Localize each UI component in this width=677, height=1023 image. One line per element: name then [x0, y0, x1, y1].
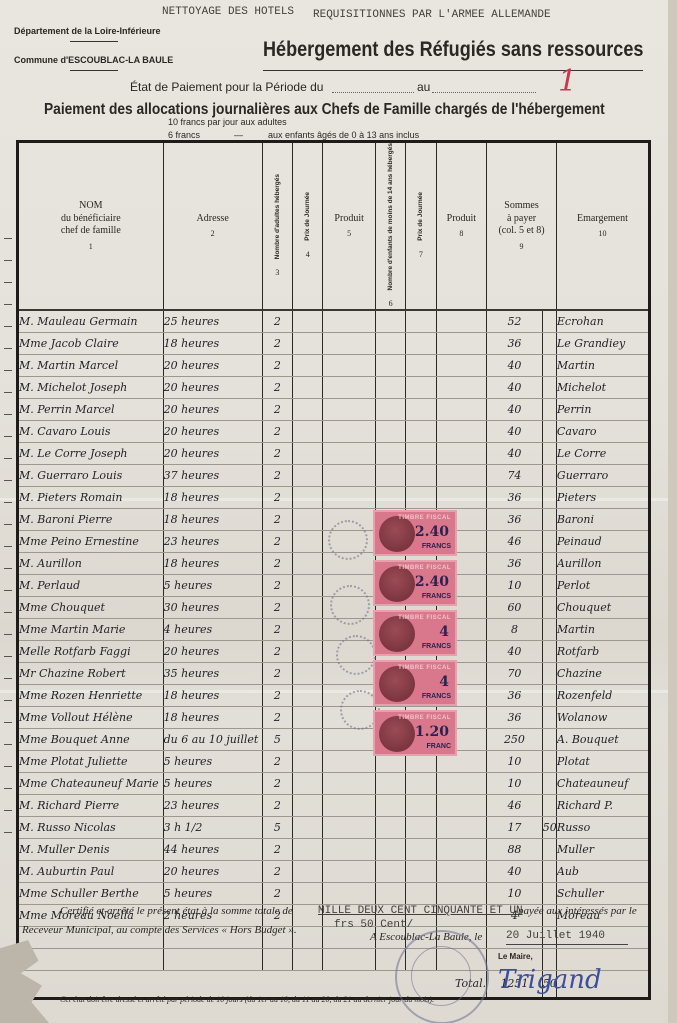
stamp-header: TIMBRE FISCAL	[398, 565, 451, 571]
beneficiary-name: Mme Plotat Juliette	[18, 750, 164, 772]
col-header-signature: Emargement10	[556, 142, 649, 310]
table-row: Mme Vollout Hélène18 heures236Wolanow	[18, 706, 650, 728]
day-price-adults	[293, 508, 323, 530]
table-row: M. Russo Nicolas3 h 1/251750Russo	[18, 816, 650, 838]
product-adults	[323, 838, 376, 860]
children-count	[375, 794, 405, 816]
beneficiary-name: M. Russo Nicolas	[18, 816, 164, 838]
margin-dash	[4, 260, 12, 261]
product-adults	[323, 486, 376, 508]
day-price-adults	[293, 728, 323, 750]
address: 44 heures	[163, 838, 262, 860]
adults-count: 2	[262, 684, 292, 706]
marianne-medallion-icon	[379, 666, 415, 702]
address: 23 heures	[163, 530, 262, 552]
product-children	[436, 882, 487, 904]
sum-to-pay: 60	[487, 596, 543, 618]
day-price-children	[406, 376, 436, 398]
address: 20 heures	[163, 640, 262, 662]
beneficiary-name: M. Perlaud	[18, 574, 164, 596]
stamp-header: TIMBRE FISCAL	[398, 665, 451, 671]
period-from-field	[332, 92, 414, 93]
sum-cents	[542, 552, 556, 574]
adults-count: 2	[262, 486, 292, 508]
day-price-adults	[293, 816, 323, 838]
stamp-value: 4	[439, 674, 449, 690]
period-label: État de Paiement pour la Période du	[130, 80, 323, 94]
margin-dash	[4, 282, 12, 283]
amount-cents: frs 50 Cent/	[334, 919, 413, 931]
margin-dash	[4, 436, 12, 437]
product-children	[436, 442, 487, 464]
day-price-adults	[293, 948, 323, 970]
day-price-children	[406, 882, 436, 904]
day-price-adults	[293, 772, 323, 794]
margin-dash	[4, 370, 12, 371]
address: 20 heures	[163, 420, 262, 442]
day-price-children	[406, 860, 436, 882]
children-count	[375, 442, 405, 464]
beneficiary-name: M. Richard Pierre	[18, 794, 164, 816]
sum-to-pay: 250	[487, 728, 543, 750]
sum-to-pay: 40	[487, 442, 543, 464]
product-children	[436, 376, 487, 398]
children-count	[375, 882, 405, 904]
margin-dash	[4, 788, 12, 789]
sum-cents	[542, 442, 556, 464]
receveur-text: Receveur Municipal, au compte des Servic…	[22, 924, 297, 936]
product-children	[436, 486, 487, 508]
col-header-day-price-adults: Prix de Journée4	[293, 142, 323, 310]
product-children	[436, 354, 487, 376]
sum-to-pay: 40	[487, 398, 543, 420]
signature: A. Bouquet	[556, 728, 649, 750]
table-row: Melle Rotfarb Faggi20 heures240Rotfarb	[18, 640, 650, 662]
sum-to-pay: 10	[487, 574, 543, 596]
children-count	[375, 860, 405, 882]
margin-dash	[4, 502, 12, 503]
stamp-header: TIMBRE FISCAL	[398, 615, 451, 621]
fiscal-stamp: TIMBRE FISCAL4FRANCS	[373, 610, 457, 656]
sum-to-pay: 88	[487, 838, 543, 860]
mayor-signature: Trigand	[498, 965, 602, 995]
sum-to-pay: 36	[487, 486, 543, 508]
signature: Chazine	[556, 662, 649, 684]
table-row: Mr Chazine Robert35 heures270Chazine	[18, 662, 650, 684]
children-count	[375, 310, 405, 333]
address: 18 heures	[163, 706, 262, 728]
cancellation-mark	[336, 635, 376, 675]
sum-cents	[542, 618, 556, 640]
table-body: M. Mauleau Germain25 heures252EcrohanMme…	[18, 310, 650, 971]
product-adults	[323, 464, 376, 486]
margin-dash	[4, 568, 12, 569]
day-price-children	[406, 486, 436, 508]
beneficiary-name: Mme Chouquet	[18, 596, 164, 618]
adults-count: 2	[262, 398, 292, 420]
signature: Chateauneuf	[556, 772, 649, 794]
children-count	[375, 464, 405, 486]
table-row: M. Mauleau Germain25 heures252Ecrohan	[18, 310, 650, 333]
adults-count: 2	[262, 838, 292, 860]
fiscal-stamp: TIMBRE FISCAL2.40FRANCS	[373, 510, 457, 556]
day-price-adults	[293, 640, 323, 662]
day-price-children	[406, 398, 436, 420]
sum-cents	[542, 332, 556, 354]
col-header-product-adults: Produit5	[323, 142, 376, 310]
beneficiary-name: M. Auburtin Paul	[18, 860, 164, 882]
signature: Peinaud	[556, 530, 649, 552]
day-price-children	[406, 332, 436, 354]
marianne-medallion-icon	[379, 616, 415, 652]
product-adults	[323, 750, 376, 772]
day-price-adults	[293, 860, 323, 882]
sum-cents	[542, 530, 556, 552]
table-row: Mme Plotat Juliette5 heures210Plotat	[18, 750, 650, 772]
address	[163, 948, 262, 970]
signature: Guerraro	[556, 464, 649, 486]
table-row: Mme Bouquet Annedu 6 au 10 juillet5250A.…	[18, 728, 650, 750]
margin-dash	[4, 590, 12, 591]
beneficiary-name: M. Martin Marcel	[18, 354, 164, 376]
subtitle: Paiement des allocations journalières au…	[44, 101, 605, 119]
beneficiary-name: Mme Peino Ernestine	[18, 530, 164, 552]
day-price-children	[406, 354, 436, 376]
sum-to-pay: 36	[487, 508, 543, 530]
signature: Muller	[556, 838, 649, 860]
table-row: Mme Martin Marie4 heures28Martin	[18, 618, 650, 640]
address: 25 heures	[163, 310, 262, 333]
signature: Pieters	[556, 486, 649, 508]
stamp-header: TIMBRE FISCAL	[398, 515, 451, 521]
sum-cents	[542, 838, 556, 860]
adults-count: 2	[262, 552, 292, 574]
sum-to-pay: 46	[487, 530, 543, 552]
col-header-adults: Nombre d'adultes hébergés3	[262, 142, 292, 310]
adults-count: 2	[262, 464, 292, 486]
children-count	[375, 486, 405, 508]
table-row: Mme Chateauneuf Marie5 heures210Chateaun…	[18, 772, 650, 794]
rate-children-text: aux enfants âgés de 0 à 13 ans inclus	[268, 130, 419, 140]
sum-to-pay: 10	[487, 750, 543, 772]
signature: Martin	[556, 354, 649, 376]
signature: Michelot	[556, 376, 649, 398]
stamp-currency: FRANC	[427, 743, 452, 750]
col-header-children: Nombre d'enfants de moins de 14 ans hébe…	[375, 142, 405, 310]
fiscal-stamp: TIMBRE FISCAL2.40FRANCS	[373, 560, 457, 606]
sum-cents	[542, 706, 556, 728]
signature: Plotat	[556, 750, 649, 772]
amount-words: MILLE DEUX CENT CINQUANTE ET UN	[318, 905, 523, 917]
table-row: M. Martin Marcel20 heures240Martin	[18, 354, 650, 376]
day-price-children	[406, 464, 436, 486]
sum-cents	[542, 794, 556, 816]
marianne-medallion-icon	[379, 566, 415, 602]
sum-to-pay: 36	[487, 684, 543, 706]
beneficiary-name: M. Aurillon	[18, 552, 164, 574]
beneficiary-name: Mr Chazine Robert	[18, 662, 164, 684]
sum-to-pay: 8	[487, 618, 543, 640]
sum-to-pay: 36	[487, 706, 543, 728]
page-title: Hébergement des Réfugiés sans ressources	[263, 38, 643, 62]
product-adults	[323, 376, 376, 398]
day-price-adults	[293, 684, 323, 706]
signature: Wolanow	[556, 706, 649, 728]
address: 20 heures	[163, 860, 262, 882]
product-adults	[323, 398, 376, 420]
margin-dash	[4, 678, 12, 679]
address: 23 heures	[163, 794, 262, 816]
address: 3 h 1/2	[163, 816, 262, 838]
address: 18 heures	[163, 508, 262, 530]
sum-cents	[542, 772, 556, 794]
stamp-value: 2.40	[415, 574, 449, 590]
product-adults	[323, 332, 376, 354]
sum-cents	[542, 508, 556, 530]
sum-to-pay: 40	[487, 640, 543, 662]
beneficiary-name	[18, 948, 164, 970]
day-price-children	[406, 772, 436, 794]
table-row: M. Michelot Joseph20 heures240Michelot	[18, 376, 650, 398]
sum-to-pay: 74	[487, 464, 543, 486]
adults-count: 2	[262, 860, 292, 882]
adults-count: 2	[262, 508, 292, 530]
day-price-adults	[293, 882, 323, 904]
day-price-adults	[293, 464, 323, 486]
adults-count: 2	[262, 376, 292, 398]
margin-dash	[4, 480, 12, 481]
sum-cents	[542, 860, 556, 882]
sum-cents	[542, 662, 556, 684]
sum-to-pay: 40	[487, 376, 543, 398]
adults-count: 2	[262, 640, 292, 662]
adults-count: 2	[262, 794, 292, 816]
day-price-adults	[293, 420, 323, 442]
beneficiary-name: Mme Martin Marie	[18, 618, 164, 640]
sum-cents	[542, 596, 556, 618]
margin-dash	[4, 392, 12, 393]
period-to-label: au	[417, 80, 430, 94]
product-adults	[323, 816, 376, 838]
day-price-adults	[293, 574, 323, 596]
stamp-value: 1.20	[415, 724, 449, 740]
children-count	[375, 772, 405, 794]
sum-to-pay: 36	[487, 552, 543, 574]
sum-to-pay: 40	[487, 860, 543, 882]
beneficiary-name: Mme Schuller Berthe	[18, 882, 164, 904]
product-adults	[323, 420, 376, 442]
beneficiary-name: Mme Chateauneuf Marie	[18, 772, 164, 794]
sum-cents	[542, 376, 556, 398]
children-count	[375, 420, 405, 442]
address: 20 heures	[163, 398, 262, 420]
signature: Rozenfeld	[556, 684, 649, 706]
day-price-children	[406, 310, 436, 333]
department-label: Département de la Loire-Inférieure	[14, 26, 161, 36]
adults-count: 2	[262, 310, 292, 333]
commune-label: Commune d'ESCOUBLAC-LA BAULE	[14, 55, 173, 65]
signature: Aub	[556, 860, 649, 882]
col-header-day-price-children: Prix de Journée7	[406, 142, 436, 310]
table-row: M. Perrin Marcel20 heures240Perrin	[18, 398, 650, 420]
typed-note-left: NETTOYAGE DES HOTELS	[162, 6, 294, 18]
stamp-value: 4	[439, 624, 449, 640]
table-row: Mme Schuller Berthe5 heures210Schuller	[18, 882, 650, 904]
stamp-currency: FRANCS	[422, 693, 451, 700]
margin-dash	[4, 612, 12, 613]
signature: Richard P.	[556, 794, 649, 816]
marianne-medallion-icon	[379, 716, 415, 752]
certify-text: Certifié et arrêté le présent état à la …	[60, 905, 293, 917]
day-price-adults	[293, 376, 323, 398]
signature: Le Grandiey	[556, 332, 649, 354]
day-price-children	[406, 838, 436, 860]
day-price-adults	[293, 794, 323, 816]
day-price-adults	[293, 530, 323, 552]
period-to-field	[432, 92, 536, 93]
typed-note-right: REQUISITIONNES PAR L'ARMEE ALLEMANDE	[313, 9, 551, 21]
signature: Schuller	[556, 882, 649, 904]
adults-count: 2	[262, 442, 292, 464]
margin-dash	[4, 700, 12, 701]
stamp-currency: FRANCS	[422, 543, 451, 550]
margin-dash	[4, 810, 12, 811]
signature: Russo	[556, 816, 649, 838]
day-price-adults	[293, 662, 323, 684]
rate-children-amount: 6 francs	[168, 130, 200, 140]
address: 5 heures	[163, 750, 262, 772]
adults-count: 2	[262, 596, 292, 618]
product-adults	[323, 442, 376, 464]
day-price-adults	[293, 442, 323, 464]
adults-count: 2	[262, 530, 292, 552]
margin-dash	[4, 326, 12, 327]
adults-count: 2	[262, 574, 292, 596]
sum-cents	[542, 728, 556, 750]
rate-children-dash: —	[234, 130, 243, 140]
sum-cents	[542, 684, 556, 706]
adults-count: 2	[262, 772, 292, 794]
children-count	[375, 332, 405, 354]
day-price-adults	[293, 486, 323, 508]
margin-dash	[4, 414, 12, 415]
signature: Rotfarb	[556, 640, 649, 662]
address: 5 heures	[163, 882, 262, 904]
mairie-seal	[395, 930, 489, 1023]
product-children	[436, 838, 487, 860]
day-price-adults	[293, 750, 323, 772]
stamp-value: 2.40	[415, 524, 449, 540]
sum-cents	[542, 398, 556, 420]
address: 20 heures	[163, 354, 262, 376]
address: 35 heures	[163, 662, 262, 684]
table-row: M. Le Corre Joseph20 heures240Le Corre	[18, 442, 650, 464]
product-adults	[323, 948, 376, 970]
adults-count: 5	[262, 728, 292, 750]
signature: Perlot	[556, 574, 649, 596]
children-count	[375, 398, 405, 420]
adults-count: 2	[262, 750, 292, 772]
sum-cents	[542, 640, 556, 662]
margin-dash	[4, 238, 12, 239]
address: 20 heures	[163, 376, 262, 398]
beneficiary-name: Mme Rozen Henriette	[18, 684, 164, 706]
address: 5 heures	[163, 574, 262, 596]
day-price-children	[406, 816, 436, 838]
day-price-adults	[293, 332, 323, 354]
fiscal-stamp: TIMBRE FISCAL4FRANCS	[373, 660, 457, 706]
margin-dash	[4, 546, 12, 547]
sum-cents	[542, 486, 556, 508]
table-row: M. Aurillon18 heures236Aurillon	[18, 552, 650, 574]
paid-text: payée aux intéressés par le	[518, 905, 637, 917]
margin-dash	[4, 524, 12, 525]
sum-to-pay: 40	[487, 354, 543, 376]
signature: Aurillon	[556, 552, 649, 574]
product-children	[436, 464, 487, 486]
signature: Martin	[556, 618, 649, 640]
sum-cents	[542, 574, 556, 596]
cancellation-mark	[330, 585, 370, 625]
rate-adults: 10 francs par jour aux adultes	[168, 117, 287, 127]
beneficiary-name: Mme Vollout Hélène	[18, 706, 164, 728]
sum-to-pay: 52	[487, 310, 543, 333]
cancellation-mark	[328, 520, 368, 560]
day-price-children	[406, 794, 436, 816]
address: 18 heures	[163, 486, 262, 508]
sum-to-pay: 46	[487, 794, 543, 816]
margin-dash	[4, 656, 12, 657]
day-price-adults	[293, 596, 323, 618]
address: 20 heures	[163, 442, 262, 464]
margin-dash	[4, 832, 12, 833]
beneficiary-name: M. Guerraro Louis	[18, 464, 164, 486]
adults-count: 2	[262, 706, 292, 728]
sum-to-pay: 70	[487, 662, 543, 684]
beneficiary-name: M. Pieters Romain	[18, 486, 164, 508]
beneficiary-name: M. Perrin Marcel	[18, 398, 164, 420]
address: 5 heures	[163, 772, 262, 794]
children-count	[375, 354, 405, 376]
signature: Perrin	[556, 398, 649, 420]
day-price-adults	[293, 926, 323, 948]
table-header-row: NOM du bénéficiaire chef de famille 1 Ad…	[18, 142, 650, 310]
stamp-currency: FRANCS	[422, 643, 451, 650]
sum-cents	[542, 882, 556, 904]
divider	[70, 70, 118, 71]
address: 37 heures	[163, 464, 262, 486]
col-header-address: Adresse2	[163, 142, 262, 310]
sum-to-pay: 36	[487, 332, 543, 354]
address: du 6 au 10 juillet	[163, 728, 262, 750]
product-adults	[323, 728, 376, 750]
date: 20 Juillet 1940	[506, 930, 605, 942]
adults-count: 2	[262, 618, 292, 640]
table-row: M. Richard Pierre23 heures246Richard P.	[18, 794, 650, 816]
document-page: NETTOYAGE DES HOTELS REQUISITIONNES PAR …	[0, 0, 668, 1023]
product-children	[436, 860, 487, 882]
fiscal-stamp: TIMBRE FISCAL1.20FRANC	[373, 710, 457, 756]
beneficiary-name: Mme Jacob Claire	[18, 332, 164, 354]
sum-to-pay: 17	[487, 816, 543, 838]
table-row: M. Guerraro Louis37 heures274Guerraro	[18, 464, 650, 486]
margin-dash	[4, 766, 12, 767]
beneficiary-name: M. Mauleau Germain	[18, 310, 164, 333]
margin-dash	[4, 304, 12, 305]
margin-dash	[4, 458, 12, 459]
stamp-header: TIMBRE FISCAL	[398, 715, 451, 721]
product-adults	[323, 882, 376, 904]
